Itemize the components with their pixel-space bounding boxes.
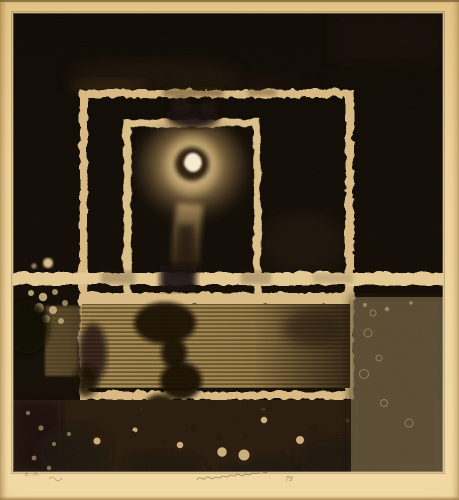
photo-grain-overlay [13,13,443,472]
matted-print-photo: E.A. 79 [0,0,459,500]
print-image [13,13,443,472]
pencil-mark [48,474,64,482]
artist-signature: 79 [195,471,299,485]
signature-date: 79 [285,476,293,483]
edition-mark: E.A. [25,471,41,478]
print-graphic [13,13,443,472]
